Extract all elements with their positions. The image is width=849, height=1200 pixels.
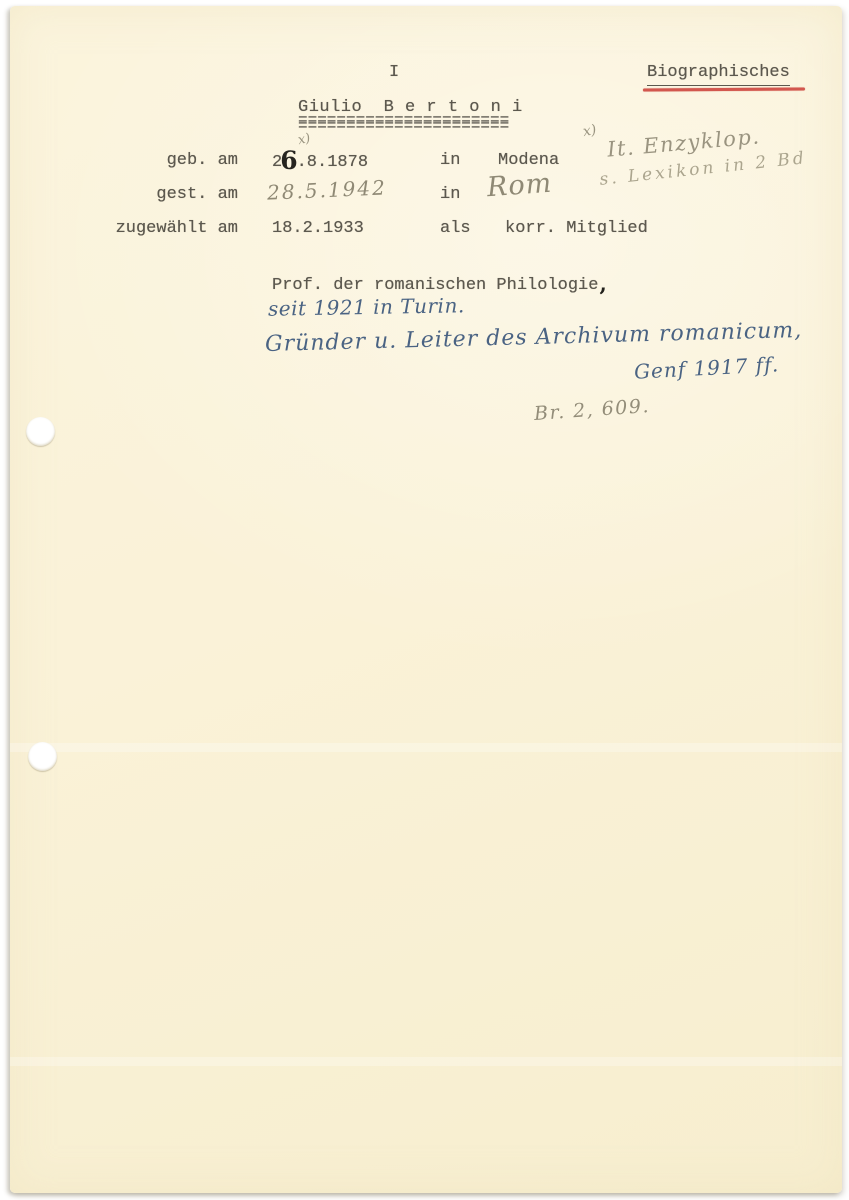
underline-row: ====================== [298, 123, 509, 129]
birth-preposition: in [440, 151, 460, 171]
scan-streak [10, 743, 842, 752]
death-date-handwritten: 28.5.1942 [267, 175, 388, 204]
membership-status: korr. Mitglied [505, 219, 648, 239]
red-pencil-underline [643, 87, 805, 91]
ink-note-archivum: Gründer u. Leiter des Archivum romanicum… [265, 318, 803, 357]
birth-date-typed-suffix: .8.1878 [297, 153, 368, 172]
footnote-mark: x) [582, 122, 598, 140]
profession-ink-comma: , [599, 271, 606, 296]
death-label: gest. am [108, 185, 238, 205]
death-preposition: in [440, 185, 460, 205]
scanned-document-page: I Biographisches Giulio B e r t o n i ==… [10, 6, 842, 1193]
election-date: 18.2.1933 [272, 219, 364, 239]
punch-hole [26, 417, 55, 446]
pencil-reference: Br. 2, 609. [533, 395, 650, 425]
birth-date: 26.8.1878 [272, 151, 368, 173]
category-heading: Biographisches [647, 63, 790, 86]
page-number: I [389, 63, 399, 83]
election-label: zugewählt am [108, 219, 238, 239]
profession-typed: Prof. der romanischen Philologie [272, 276, 598, 295]
birth-date-ink-correction: 6 [280, 146, 297, 175]
title-double-underline: ====================== =================… [298, 117, 509, 129]
ink-note-genf: Genf 1917 ff. [633, 352, 779, 384]
birth-label: geb. am [108, 151, 238, 171]
ink-note-turin: seit 1921 in Turin. [268, 293, 465, 320]
scan-streak [10, 1057, 842, 1066]
punch-hole [28, 742, 57, 771]
death-place-handwritten: Rom [486, 168, 553, 203]
profession-line: Prof. der romanischen Philologie, [272, 272, 606, 296]
election-preposition: als [440, 219, 471, 239]
